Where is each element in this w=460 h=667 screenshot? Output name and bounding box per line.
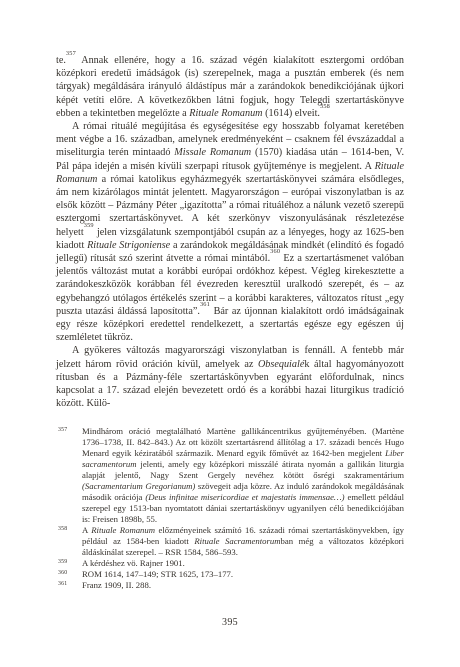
footnote-number: 358 xyxy=(58,524,67,535)
footnote-marker: 361 xyxy=(200,301,210,308)
footnotes: 357Mindhárom oráció megtalálható Martène… xyxy=(56,426,404,591)
footnote: 361Franz 1909, II. 288. xyxy=(56,580,404,591)
italic-title: Obsequialé xyxy=(258,359,304,370)
text-run: ROM 1614, 147–149; STR 1625, 173–177. xyxy=(82,569,233,579)
text-run: (1614) elveit. xyxy=(263,108,320,119)
text-run: Mindhárom oráció megtalálható Martène ga… xyxy=(82,426,404,458)
italic-title: Rituale Sacramentorum xyxy=(194,536,280,546)
text-run: A xyxy=(82,525,91,535)
main-text: te.357 Annak ellenére, hogy a 16. század… xyxy=(56,54,404,410)
italic-title: Missale Romanum xyxy=(174,147,251,158)
paragraph: A római rituálé megújítása és egységesít… xyxy=(56,120,404,344)
paragraph: te.357 Annak ellenére, hogy a 16. század… xyxy=(56,54,404,120)
paragraph: A gyökeres változás magyarországi viszon… xyxy=(56,344,404,410)
text-run: te. xyxy=(56,55,66,66)
footnote-marker: 358 xyxy=(320,103,330,110)
footnote: 357Mindhárom oráció megtalálható Martène… xyxy=(56,426,404,525)
text-run: Franz 1909, II. 288. xyxy=(82,580,151,590)
footnote-number: 359 xyxy=(58,557,67,568)
italic-title: (Deus infinitae misericordiae et majesta… xyxy=(145,492,344,502)
page-number: 395 xyxy=(56,617,404,628)
footnote-number: 357 xyxy=(58,425,67,436)
footnote: 360ROM 1614, 147–149; STR 1625, 173–177. xyxy=(56,569,404,580)
footnote-number: 361 xyxy=(58,579,67,590)
italic-title: Rituale Strigoniense xyxy=(87,240,170,251)
footnote-marker: 360 xyxy=(270,248,280,255)
italic-title: Rituale Romanum xyxy=(189,108,262,119)
footnote-marker: 357 xyxy=(66,50,76,57)
footnote: 358A Rituale Romanum előzményeinek számí… xyxy=(56,525,404,558)
italic-title: (Sacramentarium Gregorianum) xyxy=(82,481,195,491)
footnote: 359A kérdéshez vö. Rajner 1901. xyxy=(56,558,404,569)
text-run: A kérdéshez vö. Rajner 1901. xyxy=(82,558,185,568)
footnote-number: 360 xyxy=(58,568,67,579)
book-page: te.357 Annak ellenére, hogy a 16. század… xyxy=(0,0,460,667)
footnote-marker: 359 xyxy=(84,222,94,229)
italic-title: Rituale Romanum xyxy=(91,525,155,535)
